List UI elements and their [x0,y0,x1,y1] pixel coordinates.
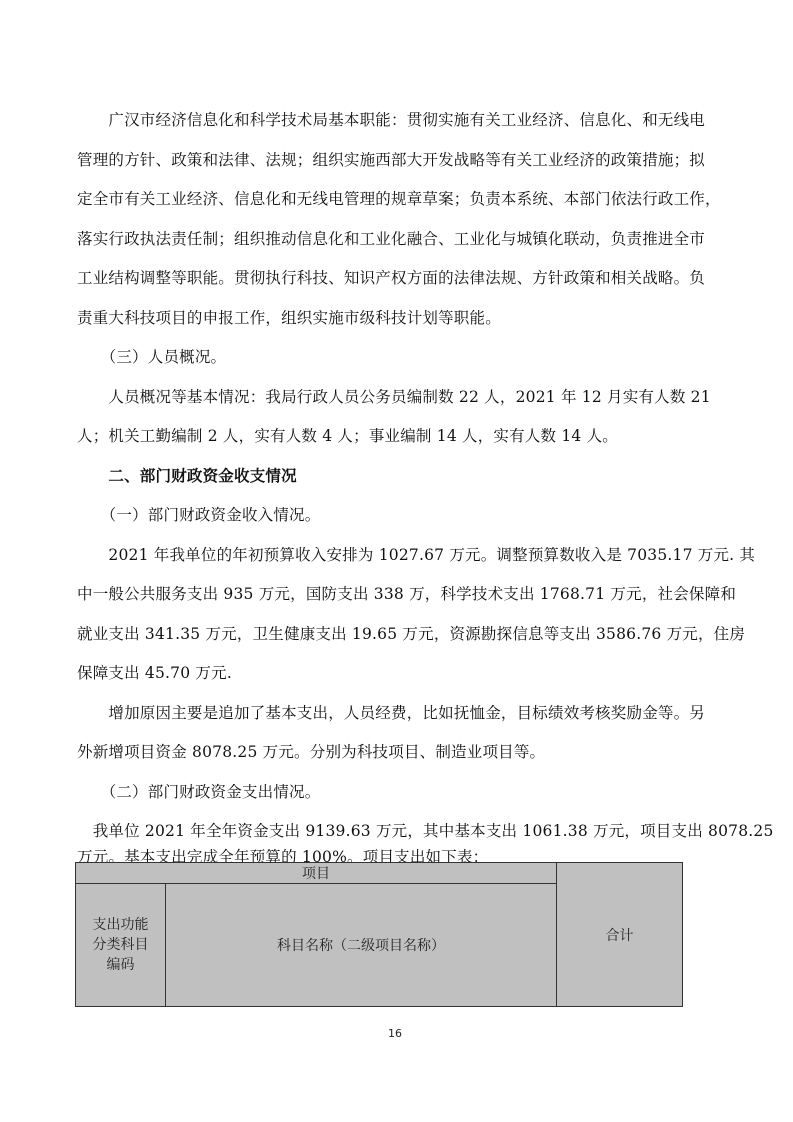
paragraph-line: 保障支出 45.70 万元. [77,663,232,683]
paragraph-line: （一）部门财政资金收入情况。 [77,505,320,525]
paragraph-line: 责重大科技项目的申报工作，组织实施市级科技计划等职能。 [77,308,501,328]
project-expenditure-table: 项目 合计 支出功能 分类科目 编码 科目名称（二级项目名称） [75,862,683,1007]
document-page: 广汉市经济信息化和科学技术局基本职能：贯彻实施有关工业经济、信息化、和无线电管理… [0,0,793,1122]
paragraph-line: 广汉市经济信息化和科学技术局基本职能：贯彻实施有关工业经济、信息化、和无线电 [77,110,705,130]
paragraph-line: 工业结构调整等职能。贯彻执行科技、知识产权方面的法律法规、方针政策和相关战略。负 [77,268,705,288]
header-function-code: 支出功能 分类科目 编码 [76,884,166,1007]
paragraph-line: 落实行政执法责任制；组织推动信息化和工业化融合、工业化与城镇化联动，负责推进全市 [77,229,705,249]
paragraph-line: 2021 年我单位的年初预算收入安排为 1027.67 万元。调整预算数收入是 … [77,545,755,565]
header-total: 合计 [557,863,683,1007]
section-heading: 二、部门财政资金收支情况 [77,466,297,486]
paragraph-line: 就业支出 341.35 万元，卫生健康支出 19.65 万元，资源勘探信息等支出… [77,624,745,644]
paragraph-line: （二）部门财政资金支出情况。 [77,782,320,802]
page-number: 16 [388,1027,402,1040]
paragraph-line: 外新增项目资金 8078.25 万元。分别为科技项目、制造业项目等。 [77,742,545,762]
paragraph-line: 人；机关工勤编制 2 人，实有人数 4 人；事业编制 14 人，实有人数 14 … [77,426,618,446]
header-item-name: 科目名称（二级项目名称） [166,884,557,1007]
paragraph-line: 人员概况等基本情况：我局行政人员公务员编制数 22 人，2021 年 12 月实… [77,387,711,407]
paragraph-line: 增加原因主要是追加了基本支出，人员经费，比如抚恤金，目标绩效考核奖励金等。另 [77,703,705,723]
paragraph-line: 我单位 2021 年全年资金支出 9139.63 万元，其中基本支出 1061.… [77,821,774,841]
header-project-group: 项目 [76,863,557,884]
paragraph-line: 管理的方针、政策和法律、法规；组织实施西部大开发战略等有关工业经济的政策措施；拟 [77,150,705,170]
paragraph-line: 定全市有关工业经济、信息化和无线电管理的规章草案；负责本系统、本部门依法行政工作… [77,189,721,209]
paragraph-line: 中一般公共服务支出 935 万元，国防支出 338 万，科学技术支出 1768.… [77,584,736,604]
paragraph-line: （三）人员概况。 [77,347,226,367]
